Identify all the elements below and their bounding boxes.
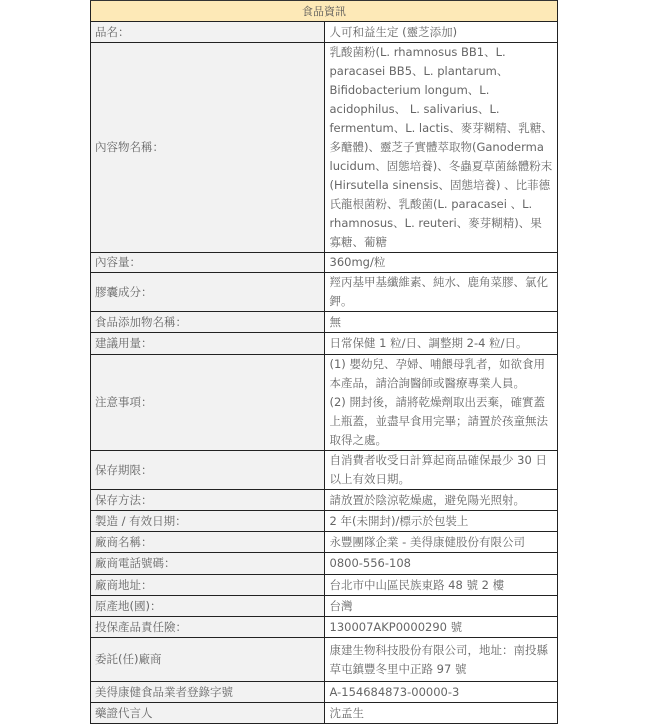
row-value: 人可和益生定 (靈芝添加)	[324, 22, 558, 43]
row-value: 永豐團隊企業 - 美得康健股份有限公司	[324, 532, 558, 553]
row-label: 內容量：	[91, 253, 325, 273]
row-value: 0800-556-108	[324, 553, 558, 575]
table-row-contract-manufacturer: 委託(任)廠商 康建生物科技股份有限公司，地址：南投縣草屯鎮豐冬里中正路 97 …	[91, 638, 558, 651]
table-row-suggested-dosage: 建議用量： 日常保健 1 粒/日、調整期 2-4 粒/日。	[91, 333, 558, 355]
row-value: 無	[324, 312, 558, 333]
row-label: 注意事項：	[91, 355, 325, 451]
row-label: 建議用量：	[91, 333, 325, 355]
row-value: 2 年(未開封)/標示於包裝上	[324, 511, 558, 532]
row-value: 自消費者收受日計算起商品確保最少 30 日以上有效日期。	[324, 451, 558, 490]
table-row-liability-insurance: 投保產品責任險： 130007AKP0000290 號	[91, 617, 558, 638]
food-info-table: 食品資訊 品名： 人可和益生定 (靈芝添加) 內容物名稱： 乳酸菌粉(L. rh…	[90, 0, 558, 650]
row-label: 膠囊成分：	[91, 273, 325, 312]
row-value: 130007AKP0000290 號	[324, 617, 558, 638]
row-value: 日常保健 1 粒/日、調整期 2-4 粒/日。	[324, 333, 558, 355]
food-info-panel: 食品資訊 品名： 人可和益生定 (靈芝添加) 內容物名稱： 乳酸菌粉(L. rh…	[90, 0, 558, 650]
row-label: 廠商地址：	[91, 575, 325, 596]
row-label: 內容物名稱：	[91, 43, 325, 253]
row-label: 保存方法：	[91, 490, 325, 511]
row-value: 台北市中山區民族東路 48 號 2 樓	[324, 575, 558, 596]
table-row-shelf-life: 保存期限： 自消費者收受日計算起商品確保最少 30 日以上有效日期。	[91, 451, 558, 490]
row-label: 原產地(國)：	[91, 596, 325, 617]
row-label: 投保產品責任險：	[91, 617, 325, 638]
row-label: 品名：	[91, 22, 325, 43]
table-row-manufacturer-address: 廠商地址： 台北市中山區民族東路 48 號 2 樓	[91, 575, 558, 596]
table-row-ingredients: 內容物名稱： 乳酸菌粉(L. rhamnosus BB1、L. paracase…	[91, 43, 558, 253]
precaution-note-2: (2) 開封後，請將乾燥劑取出丟棄，確實蓋上瓶蓋，並盡早食用完畢；請置於孩童無法…	[330, 393, 554, 450]
row-label: 委託(任)廠商	[91, 638, 325, 651]
table-row-storage-method: 保存方法： 請放置於陰涼乾燥處，避免陽光照射。	[91, 490, 558, 511]
table-row-capsule-ingredients: 膠囊成分： 羥丙基甲基纖維素、純水、鹿角菜膠、氯化鉀。	[91, 273, 558, 312]
table-row-precautions: 注意事項： (1) 嬰幼兒、孕婦、哺餵母乳者，如欲食用本產品，請洽詢醫師或醫療專…	[91, 355, 558, 451]
table-row-net-content: 內容量： 360mg/粒	[91, 253, 558, 273]
row-label: 廠商名稱：	[91, 532, 325, 553]
row-label: 食品添加物名稱：	[91, 312, 325, 333]
precaution-note-1: (1) 嬰幼兒、孕婦、哺餵母乳者，如欲食用本產品，請洽詢醫師或醫療專業人員。	[330, 355, 554, 393]
table-row-origin: 原產地(國)： 台灣	[91, 596, 558, 617]
table-row-food-additives: 食品添加物名稱： 無	[91, 312, 558, 333]
row-value: 乳酸菌粉(L. rhamnosus BB1、L. paracasei BB5、L…	[324, 43, 558, 253]
table-header-row: 食品資訊	[91, 1, 558, 22]
row-value: 羥丙基甲基纖維素、純水、鹿角菜膠、氯化鉀。	[324, 273, 558, 312]
table-row-product-name: 品名： 人可和益生定 (靈芝添加)	[91, 22, 558, 43]
row-value: 康建生物科技股份有限公司，地址：南投縣草屯鎮豐冬里中正路 97 號	[324, 638, 558, 651]
row-value: (1) 嬰幼兒、孕婦、哺餵母乳者，如欲食用本產品，請洽詢醫師或醫療專業人員。 (…	[324, 355, 558, 451]
row-value: 台灣	[324, 596, 558, 617]
row-label: 保存期限：	[91, 451, 325, 490]
row-label: 製造 / 有效日期：	[91, 511, 325, 532]
table-row-manufacturer-phone: 廠商電話號碼： 0800-556-108	[91, 553, 558, 575]
table-row-manufacturer-name: 廠商名稱： 永豐團隊企業 - 美得康健股份有限公司	[91, 532, 558, 553]
row-value: 360mg/粒	[324, 253, 558, 273]
row-value: 請放置於陰涼乾燥處，避免陽光照射。	[324, 490, 558, 511]
row-label: 廠商電話號碼：	[91, 553, 325, 575]
table-row-manufacture-expiry: 製造 / 有效日期： 2 年(未開封)/標示於包裝上	[91, 511, 558, 532]
table-title: 食品資訊	[91, 1, 558, 22]
